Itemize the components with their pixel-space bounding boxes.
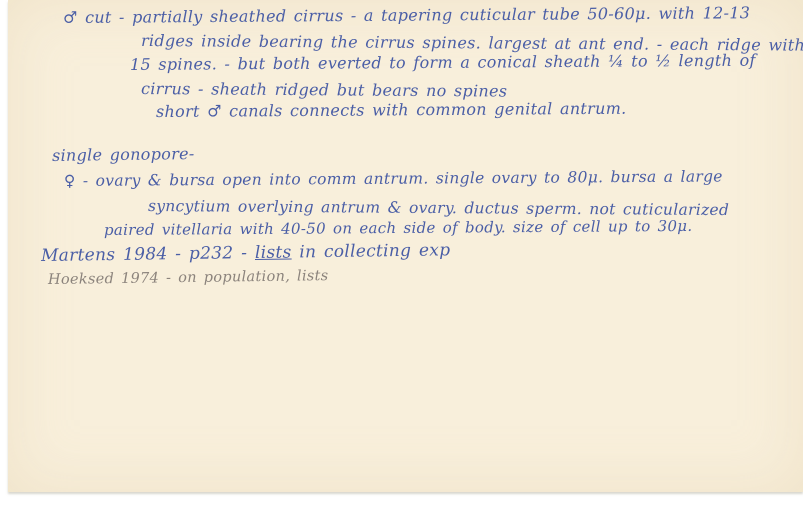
handwriting-line-reference-pencil: Hoeksed 1974 - on population, lists bbox=[48, 268, 329, 288]
reference-prefix: Martens 1984 - p232 - bbox=[41, 243, 255, 266]
handwriting-line-male-cirrus: ♂ cut - partially sheathed cirrus - a ta… bbox=[63, 3, 750, 27]
handwriting-line-sheath: cirrus - sheath ridged but bears no spin… bbox=[141, 79, 507, 101]
handwriting-line-syncytium: syncytium overlying antrum & ovary. duct… bbox=[148, 197, 729, 219]
reference-suffix: in collecting exp bbox=[291, 240, 450, 262]
index-card: ♂ cut - partially sheathed cirrus - a ta… bbox=[8, 0, 803, 492]
handwriting-line-vitellaria: paired vitellaria with 40-50 on each sid… bbox=[104, 217, 693, 239]
scan-background: ♂ cut - partially sheathed cirrus - a ta… bbox=[0, 0, 803, 507]
handwriting-line-spines: 15 spines. - but both everted to form a … bbox=[130, 51, 756, 74]
handwriting-line-male-canals: short ♂ canals connects with common geni… bbox=[156, 99, 627, 121]
handwriting-line-gonopore: single gonopore- bbox=[52, 144, 195, 165]
underlined-word: lists bbox=[255, 243, 292, 264]
handwriting-line-reference-ink: Martens 1984 - p232 - lists in collectin… bbox=[41, 240, 451, 266]
handwriting-line-female-ovary: ♀ - ovary & bursa open into comm antrum.… bbox=[64, 167, 723, 190]
